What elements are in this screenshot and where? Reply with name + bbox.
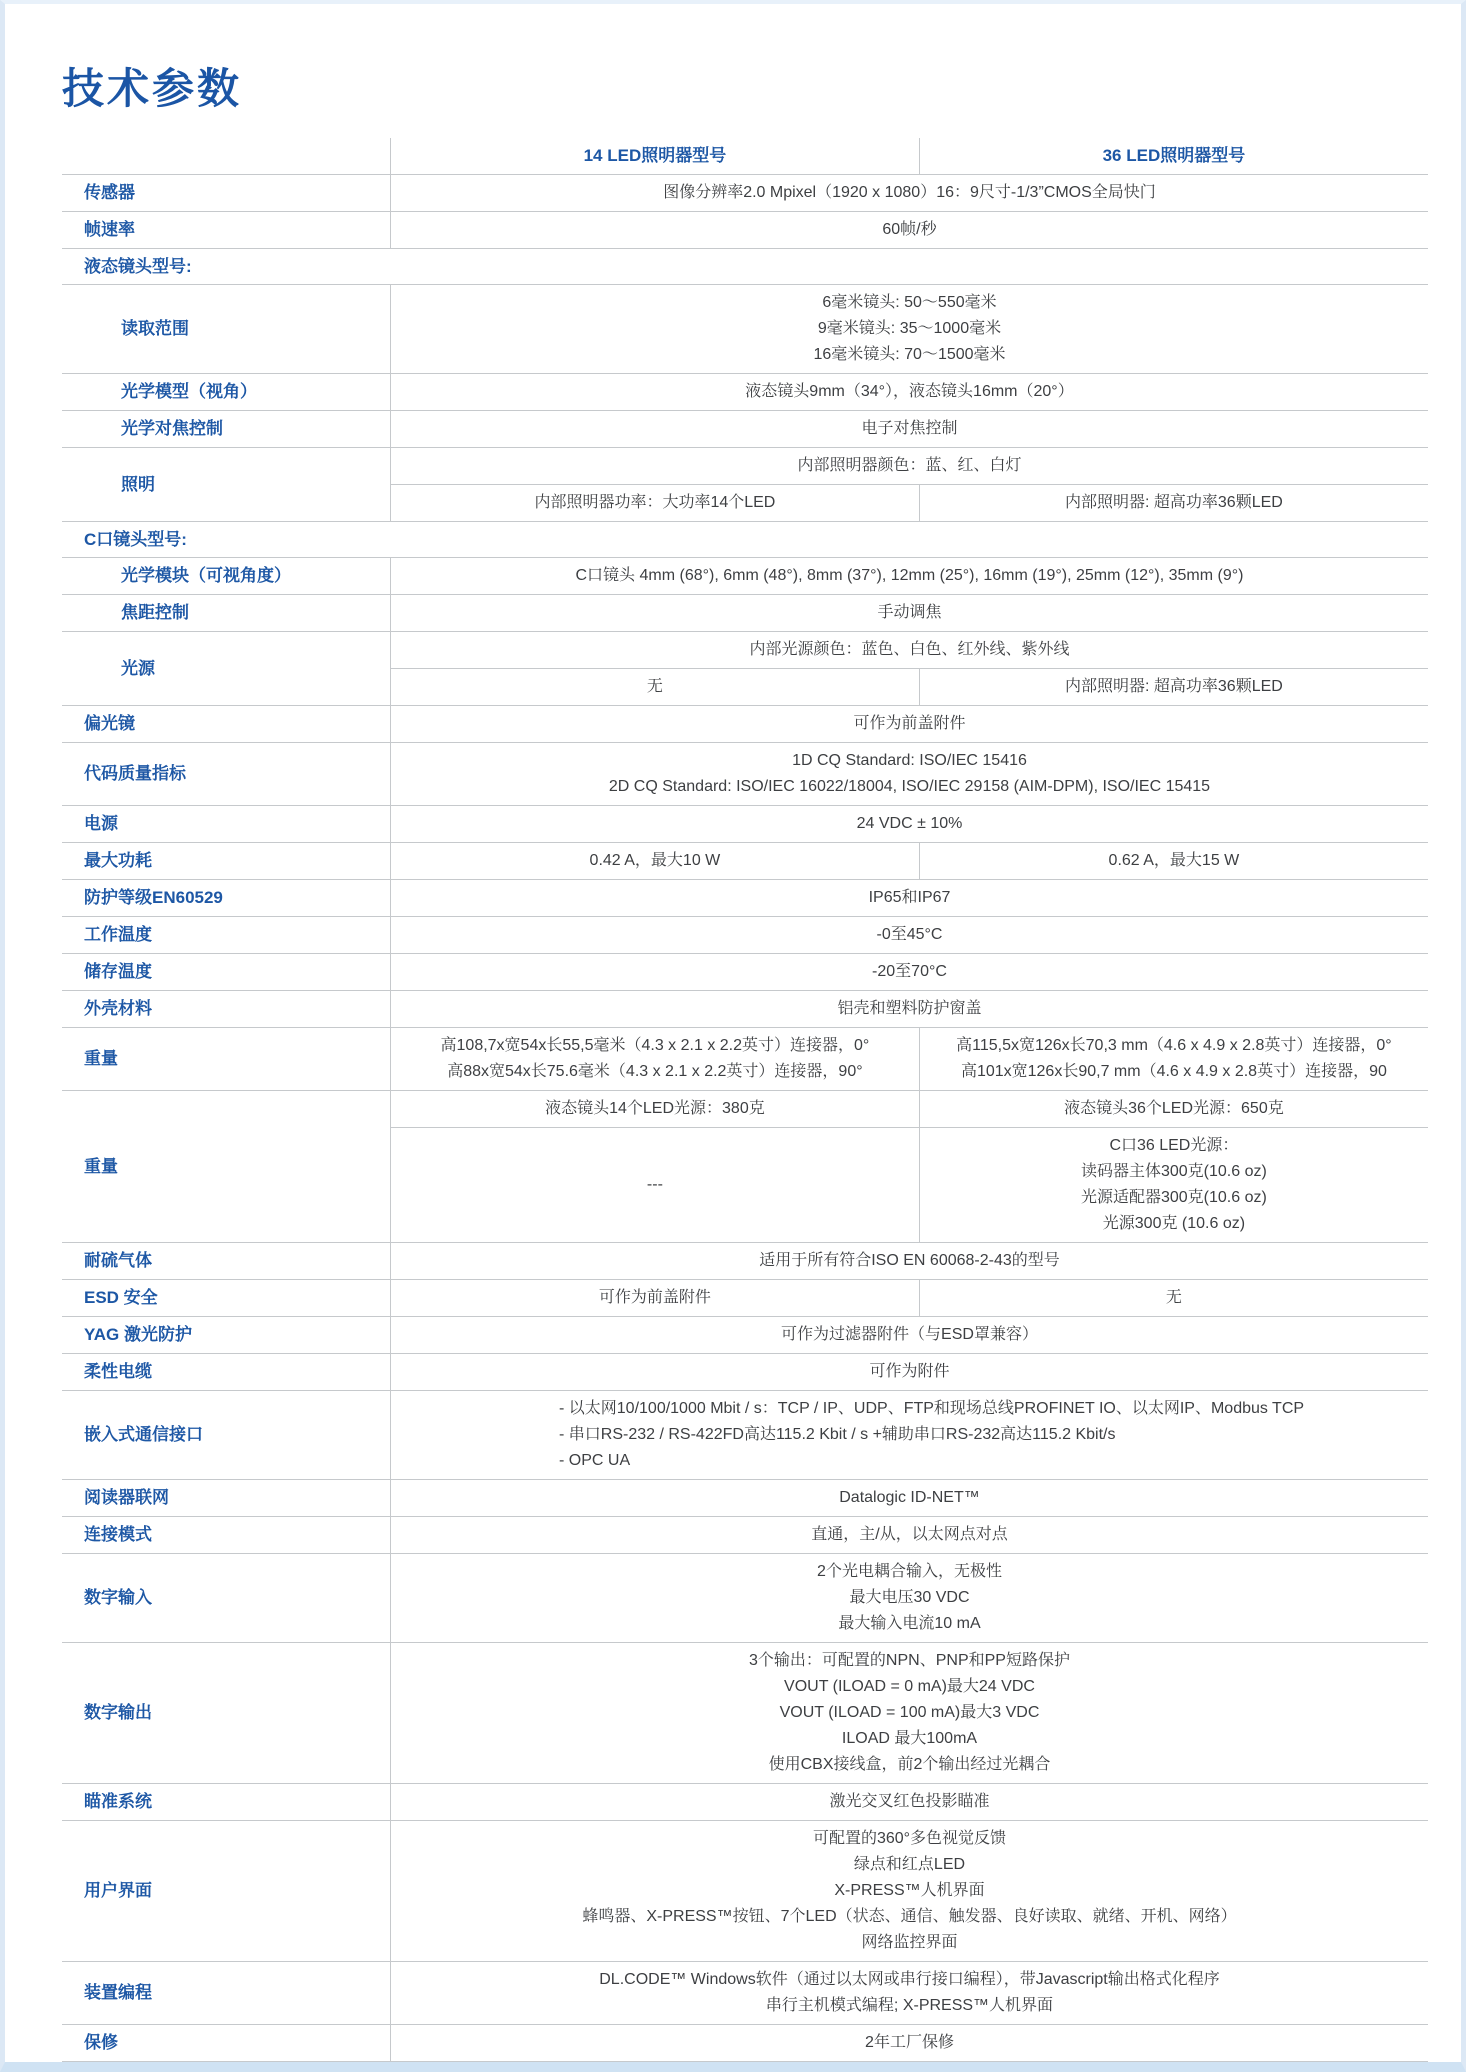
spec-row: 最大功耗0.42 A，最大10 W0.62 A，最大15 W bbox=[62, 843, 1428, 880]
value-subrow: 无内部照明器: 超高功率36颗LED bbox=[391, 668, 1428, 705]
value-line: 无 bbox=[1166, 1285, 1182, 1311]
value-line: 激光交叉红色投影瞄准 bbox=[829, 1789, 989, 1815]
row-label: 帧速率 bbox=[62, 212, 390, 248]
value-subrow: 2个光电耦合输入，无极性最大电压30 VDC最大输入电流10 mA bbox=[391, 1554, 1428, 1642]
value-cell: 1D CQ Standard: ISO/IEC 154162D CQ Stand… bbox=[391, 743, 1428, 805]
spec-row: 工作温度-0至45°C bbox=[62, 917, 1428, 954]
row-label: 防护等级EN60529 bbox=[62, 880, 390, 916]
spec-row: 传感器图像分辨率2.0 Mpixel（1920 x 1080）16：9尺寸-1/… bbox=[62, 175, 1428, 212]
value-subrow: 可作为附件 bbox=[391, 1354, 1428, 1390]
spec-row: 连接模式直通，主/从，以太网点对点 bbox=[62, 1517, 1428, 1554]
row-label: 嵌入式通信接口 bbox=[62, 1391, 390, 1479]
value-line: 可作为前盖附件 bbox=[853, 711, 965, 737]
value-subrow: 液态镜头9mm（34°），液态镜头16mm（20°） bbox=[391, 374, 1428, 410]
spec-row: 防护等级EN60529IP65和IP67 bbox=[62, 880, 1428, 917]
value-line: DL.CODE™ Windows软件（通过以太网或串行接口编程），带Javasc… bbox=[599, 1967, 1220, 1993]
value-line: 16毫米镜头: 70～1500毫米 bbox=[813, 342, 1005, 368]
value-line: 最大输入电流10 mA bbox=[838, 1611, 980, 1637]
value-cell: 可作为前盖附件 bbox=[391, 1280, 919, 1316]
value-cell: 液态镜头9mm（34°），液态镜头16mm（20°） bbox=[391, 374, 1428, 410]
value-line: 高108,7x宽54x长55,5毫米（4.3 x 2.1 x 2.2英寸）连接器… bbox=[441, 1033, 870, 1059]
row-label: YAG 激光防护 bbox=[62, 1317, 390, 1353]
value-subrow: 24 VDC ± 10% bbox=[391, 806, 1428, 842]
spec-row: 阅读器联网Datalogic ID-NET™ bbox=[62, 1480, 1428, 1517]
spec-row: YAG 激光防护可作为过滤器附件（与ESD罩兼容） bbox=[62, 1317, 1428, 1354]
value-subrow: 可作为过滤器附件（与ESD罩兼容） bbox=[391, 1317, 1428, 1353]
value-line: 24 VDC ± 10% bbox=[857, 811, 963, 837]
header-empty-cell bbox=[62, 138, 390, 174]
value-cell: -0至45°C bbox=[391, 917, 1428, 953]
row-label: 连接模式 bbox=[62, 1517, 390, 1553]
value-line: 蜂鸣器、X-PRESS™按钮、7个LED（状态、通信、触发器、良好读取、就绪、开… bbox=[582, 1904, 1236, 1930]
spec-row: 代码质量指标1D CQ Standard: ISO/IEC 154162D CQ… bbox=[62, 743, 1428, 806]
row-label: 储存温度 bbox=[62, 954, 390, 990]
row-label: 装置编程 bbox=[62, 1962, 390, 2024]
value-subrow: DL.CODE™ Windows软件（通过以太网或串行接口编程），带Javasc… bbox=[391, 1962, 1428, 2024]
value-line: 可作为前盖附件 bbox=[599, 1285, 711, 1311]
spec-row: 保修2年工厂保修 bbox=[62, 2025, 1428, 2062]
value-cell: 铝壳和塑料防护窗盖 bbox=[391, 991, 1428, 1027]
row-label: 耐硫气体 bbox=[62, 1243, 390, 1279]
value-subrow: 6毫米镜头: 50～550毫米9毫米镜头: 35～1000毫米16毫米镜头: 7… bbox=[391, 285, 1428, 373]
value-subrow: 内部光源颜色：蓝色、白色、红外线、紫外线 bbox=[391, 632, 1428, 668]
value-subrow: 内部照明器功率：大功率14个LED内部照明器: 超高功率36颗LED bbox=[391, 484, 1428, 521]
value-subrow: 3个输出：可配置的NPN、PNP和PP短路保护VOUT (ILOAD = 0 m… bbox=[391, 1643, 1428, 1783]
value-line: 2个光电耦合输入，无极性 bbox=[817, 1559, 1002, 1585]
value-cell: 可配置的360°多色视觉反馈绿点和红点LEDX-PRESS™人机界面蜂鸣器、X-… bbox=[391, 1821, 1428, 1961]
value-line: 1D CQ Standard: ISO/IEC 15416 bbox=[792, 748, 1027, 774]
row-label: 瞄准系统 bbox=[62, 1784, 390, 1820]
value-line: 读码器主体300克(10.6 oz) bbox=[1081, 1159, 1267, 1185]
value-subrow: 适用于所有符合ISO EN 60068-2-43的型号 bbox=[391, 1243, 1428, 1279]
value-cell: C口镜头 4mm (68°), 6mm (48°), 8mm (37°), 12… bbox=[391, 558, 1428, 594]
value-line: 内部照明器功率：大功率14个LED bbox=[534, 490, 775, 516]
value-subrow: 2年工厂保修 bbox=[391, 2025, 1428, 2061]
row-label: 读取范围 bbox=[62, 285, 390, 373]
spec-row: 光源内部光源颜色：蓝色、白色、红外线、紫外线无内部照明器: 超高功率36颗LED bbox=[62, 632, 1428, 706]
value-line: 网络监控界面 bbox=[861, 1930, 957, 1956]
value-subrow: 铝壳和塑料防护窗盖 bbox=[391, 991, 1428, 1027]
value-line: 高88x宽54x长75.6毫米（4.3 x 2.1 x 2.2英寸）连接器，90… bbox=[447, 1059, 862, 1085]
value-cell: 内部照明器: 超高功率36颗LED bbox=[919, 485, 1428, 521]
value-line: 内部照明器: 超高功率36颗LED bbox=[1065, 490, 1283, 516]
row-label: 传感器 bbox=[62, 175, 390, 211]
spec-row: 偏光镜可作为前盖附件 bbox=[62, 706, 1428, 743]
page-title: 技术参数 bbox=[62, 56, 1461, 116]
row-label: 工作温度 bbox=[62, 917, 390, 953]
value-subrow: 手动调焦 bbox=[391, 595, 1428, 631]
value-subrow: 60帧/秒 bbox=[391, 212, 1428, 248]
row-label: 数字输入 bbox=[62, 1554, 390, 1642]
value-cell: 0.42 A，最大10 W bbox=[391, 843, 919, 879]
value-cell: 无 bbox=[391, 669, 919, 705]
value-line: 高101x宽126x长90,7 mm（4.6 x 4.9 x 2.8英寸）连接器… bbox=[961, 1059, 1387, 1085]
spec-row: 储存温度-20至70°C bbox=[62, 954, 1428, 991]
spec-row: 光学模块（可视角度）C口镜头 4mm (68°), 6mm (48°), 8mm… bbox=[62, 558, 1428, 595]
row-label: 保修 bbox=[62, 2025, 390, 2061]
value-line: 内部照明器颜色：蓝、红、白灯 bbox=[797, 453, 1021, 479]
value-subrow: 可配置的360°多色视觉反馈绿点和红点LEDX-PRESS™人机界面蜂鸣器、X-… bbox=[391, 1821, 1428, 1961]
value-subrow: - 以太网10/100/1000 Mbit / s：TCP / IP、UDP、F… bbox=[391, 1391, 1428, 1479]
value-subrow: 1D CQ Standard: ISO/IEC 154162D CQ Stand… bbox=[391, 743, 1428, 805]
spec-row: 瞄准系统激光交叉红色投影瞄准 bbox=[62, 1784, 1428, 1821]
section-row: 液态镜头型号: bbox=[62, 249, 1428, 285]
spec-row: 光学对焦控制电子对焦控制 bbox=[62, 411, 1428, 448]
spec-row: 照明内部照明器颜色：蓝、红、白灯内部照明器功率：大功率14个LED内部照明器: … bbox=[62, 448, 1428, 522]
spec-row: 耐硫气体适用于所有符合ISO EN 60068-2-43的型号 bbox=[62, 1243, 1428, 1280]
value-subrow: 高108,7x宽54x长55,5毫米（4.3 x 2.1 x 2.2英寸）连接器… bbox=[391, 1028, 1428, 1090]
column-header-14led: 14 LED照明器型号 bbox=[391, 138, 919, 174]
value-cell: 电子对焦控制 bbox=[391, 411, 1428, 447]
spec-row: 装置编程DL.CODE™ Windows软件（通过以太网或串行接口编程），带Ja… bbox=[62, 1962, 1428, 2025]
spec-table: 14 LED照明器型号36 LED照明器型号传感器图像分辨率2.0 Mpixel… bbox=[62, 138, 1428, 2062]
value-line: X-PRESS™人机界面 bbox=[834, 1878, 984, 1904]
value-cell: 液态镜头36个LED光源：650克 bbox=[919, 1091, 1428, 1127]
page: 技术参数 14 LED照明器型号36 LED照明器型号传感器图像分辨率2.0 M… bbox=[0, 0, 1466, 2072]
row-label: 数字输出 bbox=[62, 1643, 390, 1783]
value-cell: 2个光电耦合输入，无极性最大电压30 VDC最大输入电流10 mA bbox=[391, 1554, 1428, 1642]
spec-row: 用户界面可配置的360°多色视觉反馈绿点和红点LEDX-PRESS™人机界面蜂鸣… bbox=[62, 1821, 1428, 1962]
value-line: 36 LED照明器型号 bbox=[1103, 143, 1246, 169]
value-cell: 2年工厂保修 bbox=[391, 2025, 1428, 2061]
value-cell: 无 bbox=[919, 1280, 1428, 1316]
spec-row: 读取范围6毫米镜头: 50～550毫米9毫米镜头: 35～1000毫米16毫米镜… bbox=[62, 285, 1428, 374]
value-cell: 直通，主/从，以太网点对点 bbox=[391, 1517, 1428, 1553]
value-line: 电子对焦控制 bbox=[861, 416, 957, 442]
value-line: VOUT (ILOAD = 0 mA)最大24 VDC bbox=[784, 1674, 1035, 1700]
value-line: 绿点和红点LED bbox=[854, 1852, 965, 1878]
value-subrow: 可作为前盖附件 bbox=[391, 706, 1428, 742]
value-line: 0.42 A，最大10 W bbox=[590, 848, 721, 874]
value-cell: 激光交叉红色投影瞄准 bbox=[391, 1784, 1428, 1820]
value-line: 光源适配器300克(10.6 oz) bbox=[1081, 1185, 1267, 1211]
row-label: 重量 bbox=[62, 1091, 390, 1242]
value-line: 6毫米镜头: 50～550毫米 bbox=[822, 290, 996, 316]
value-subrow: Datalogic ID-NET™ bbox=[391, 1480, 1428, 1516]
row-label: 光学模块（可视角度） bbox=[62, 558, 390, 594]
value-line: 手动调焦 bbox=[877, 600, 941, 626]
value-line: 2年工厂保修 bbox=[865, 2030, 954, 2056]
row-label: 光学对焦控制 bbox=[62, 411, 390, 447]
value-line: -0至45°C bbox=[877, 922, 943, 948]
value-cell: C口36 LED光源：读码器主体300克(10.6 oz)光源适配器300克(1… bbox=[919, 1128, 1428, 1242]
value-cell: 适用于所有符合ISO EN 60068-2-43的型号 bbox=[391, 1243, 1428, 1279]
spec-row: 重量液态镜头14个LED光源：380克液态镜头36个LED光源：650克---C… bbox=[62, 1091, 1428, 1243]
value-line: C口36 LED光源： bbox=[1109, 1133, 1238, 1159]
value-cell: Datalogic ID-NET™ bbox=[391, 1480, 1428, 1516]
value-line: IP65和IP67 bbox=[869, 885, 951, 911]
spec-row: 光学模型（视角）液态镜头9mm（34°），液态镜头16mm（20°） bbox=[62, 374, 1428, 411]
value-cell: 6毫米镜头: 50～550毫米9毫米镜头: 35～1000毫米16毫米镜头: 7… bbox=[391, 285, 1428, 373]
value-line: 适用于所有符合ISO EN 60068-2-43的型号 bbox=[759, 1248, 1060, 1274]
value-line: 图像分辨率2.0 Mpixel（1920 x 1080）16：9尺寸-1/3”C… bbox=[663, 180, 1156, 206]
value-line: 液态镜头36个LED光源：650克 bbox=[1064, 1096, 1284, 1122]
row-label: 最大功耗 bbox=[62, 843, 390, 879]
spec-row: 电源24 VDC ± 10% bbox=[62, 806, 1428, 843]
row-label: C口镜头型号: bbox=[62, 522, 1428, 557]
spec-row: 数字输出3个输出：可配置的NPN、PNP和PP短路保护VOUT (ILOAD =… bbox=[62, 1643, 1428, 1784]
value-line: -20至70°C bbox=[872, 959, 947, 985]
row-label: 代码质量指标 bbox=[62, 743, 390, 805]
value-line: ILOAD 最大100mA bbox=[842, 1726, 977, 1752]
value-line: 60帧/秒 bbox=[882, 217, 936, 243]
value-cell: 可作为附件 bbox=[391, 1354, 1428, 1390]
spec-row: ESD 安全可作为前盖附件无 bbox=[62, 1280, 1428, 1317]
spec-row: 嵌入式通信接口- 以太网10/100/1000 Mbit / s：TCP / I… bbox=[62, 1391, 1428, 1480]
value-line: VOUT (ILOAD = 100 mA)最大3 VDC bbox=[780, 1700, 1040, 1726]
value-subrow: 图像分辨率2.0 Mpixel（1920 x 1080）16：9尺寸-1/3”C… bbox=[391, 175, 1428, 211]
value-line: 2D CQ Standard: ISO/IEC 16022/18004, ISO… bbox=[609, 774, 1210, 800]
row-label: 光源 bbox=[62, 632, 390, 705]
value-cell: 60帧/秒 bbox=[391, 212, 1428, 248]
value-subrow: 电子对焦控制 bbox=[391, 411, 1428, 447]
value-cell: 液态镜头14个LED光源：380克 bbox=[391, 1091, 919, 1127]
value-subrow: C口镜头 4mm (68°), 6mm (48°), 8mm (37°), 12… bbox=[391, 558, 1428, 594]
value-cell: 可作为过滤器附件（与ESD罩兼容） bbox=[391, 1317, 1428, 1353]
value-line: 可配置的360°多色视觉反馈 bbox=[813, 1826, 1006, 1852]
row-label: 焦距控制 bbox=[62, 595, 390, 631]
section-row: C口镜头型号: bbox=[62, 522, 1428, 558]
value-line: 3个输出：可配置的NPN、PNP和PP短路保护 bbox=[749, 1648, 1070, 1674]
row-label: 照明 bbox=[62, 448, 390, 521]
value-line: 液态镜头14个LED光源：380克 bbox=[545, 1096, 765, 1122]
value-line: 直通，主/从，以太网点对点 bbox=[811, 1522, 1007, 1548]
value-cell: 图像分辨率2.0 Mpixel（1920 x 1080）16：9尺寸-1/3”C… bbox=[391, 175, 1428, 211]
value-cell: 内部照明器: 超高功率36颗LED bbox=[919, 669, 1428, 705]
value-cell: 高115,5x宽126x长70,3 mm（4.6 x 4.9 x 2.8英寸）连… bbox=[919, 1028, 1428, 1090]
value-line: Datalogic ID-NET™ bbox=[839, 1485, 979, 1511]
value-line: 串行主机模式编程; X-PRESS™人机界面 bbox=[766, 1993, 1053, 2019]
value-cell: -20至70°C bbox=[391, 954, 1428, 990]
value-subrow: -20至70°C bbox=[391, 954, 1428, 990]
value-subrow: IP65和IP67 bbox=[391, 880, 1428, 916]
value-line: 内部照明器: 超高功率36颗LED bbox=[1065, 674, 1283, 700]
spec-row: 重量高108,7x宽54x长55,5毫米（4.3 x 2.1 x 2.2英寸）连… bbox=[62, 1028, 1428, 1091]
value-line: 高115,5x宽126x长70,3 mm（4.6 x 4.9 x 2.8英寸）连… bbox=[956, 1033, 1392, 1059]
spec-row: 数字输入2个光电耦合输入，无极性最大电压30 VDC最大输入电流10 mA bbox=[62, 1554, 1428, 1643]
row-label: 阅读器联网 bbox=[62, 1480, 390, 1516]
value-line: 内部光源颜色：蓝色、白色、红外线、紫外线 bbox=[749, 637, 1069, 663]
header-row: 14 LED照明器型号36 LED照明器型号 bbox=[62, 138, 1428, 175]
value-line: 无 bbox=[647, 674, 663, 700]
value-cell: IP65和IP67 bbox=[391, 880, 1428, 916]
value-cell: DL.CODE™ Windows软件（通过以太网或串行接口编程），带Javasc… bbox=[391, 1962, 1428, 2024]
value-line: 液态镜头9mm（34°），液态镜头16mm（20°） bbox=[745, 379, 1073, 405]
value-cell: - 以太网10/100/1000 Mbit / s：TCP / IP、UDP、F… bbox=[391, 1391, 1428, 1479]
spec-row: 外壳材料铝壳和塑料防护窗盖 bbox=[62, 991, 1428, 1028]
value-line: 14 LED照明器型号 bbox=[584, 143, 727, 169]
value-line: 铝壳和塑料防护窗盖 bbox=[837, 996, 981, 1022]
value-cell: 可作为前盖附件 bbox=[391, 706, 1428, 742]
value-cell: 3个输出：可配置的NPN、PNP和PP短路保护VOUT (ILOAD = 0 m… bbox=[391, 1643, 1428, 1783]
value-line: 可作为附件 bbox=[869, 1359, 949, 1385]
row-label: 光学模型（视角） bbox=[62, 374, 390, 410]
value-line: 使用CBX接线盒，前2个输出经过光耦合 bbox=[769, 1752, 1051, 1778]
value-subrow: 0.42 A，最大10 W0.62 A，最大15 W bbox=[391, 843, 1428, 879]
value-line: 可作为过滤器附件（与ESD罩兼容） bbox=[781, 1322, 1038, 1348]
value-cell: 0.62 A，最大15 W bbox=[919, 843, 1428, 879]
value-subrow: 激光交叉红色投影瞄准 bbox=[391, 1784, 1428, 1820]
value-subrow: 液态镜头14个LED光源：380克液态镜头36个LED光源：650克 bbox=[391, 1091, 1428, 1127]
row-label: 外壳材料 bbox=[62, 991, 390, 1027]
row-label: ESD 安全 bbox=[62, 1280, 390, 1316]
value-cell: 手动调焦 bbox=[391, 595, 1428, 631]
row-label: 液态镜头型号: bbox=[62, 249, 1428, 284]
value-line: - OPC UA bbox=[559, 1448, 630, 1474]
value-line: 0.62 A，最大15 W bbox=[1109, 848, 1240, 874]
value-subrow: 可作为前盖附件无 bbox=[391, 1280, 1428, 1316]
value-subrow: ---C口36 LED光源：读码器主体300克(10.6 oz)光源适配器300… bbox=[391, 1127, 1428, 1242]
row-label: 偏光镜 bbox=[62, 706, 390, 742]
column-header-36led: 36 LED照明器型号 bbox=[919, 138, 1428, 174]
row-label: 重量 bbox=[62, 1028, 390, 1090]
value-cell: 高108,7x宽54x长55,5毫米（4.3 x 2.1 x 2.2英寸）连接器… bbox=[391, 1028, 919, 1090]
value-cell: 内部照明器功率：大功率14个LED bbox=[391, 485, 919, 521]
row-label: 用户界面 bbox=[62, 1821, 390, 1961]
value-line: C口镜头 4mm (68°), 6mm (48°), 8mm (37°), 12… bbox=[575, 563, 1243, 589]
value-cell: 内部照明器颜色：蓝、红、白灯 bbox=[391, 448, 1428, 484]
row-label: 电源 bbox=[62, 806, 390, 842]
value-cell: 24 VDC ± 10% bbox=[391, 806, 1428, 842]
spec-row: 帧速率60帧/秒 bbox=[62, 212, 1428, 249]
value-line: 9毫米镜头: 35～1000毫米 bbox=[818, 316, 1001, 342]
spec-row: 焦距控制手动调焦 bbox=[62, 595, 1428, 632]
value-line: 光源300克 (10.6 oz) bbox=[1103, 1211, 1245, 1237]
value-cell: --- bbox=[391, 1128, 919, 1242]
value-line: --- bbox=[647, 1172, 663, 1198]
value-subrow: 内部照明器颜色：蓝、红、白灯 bbox=[391, 448, 1428, 484]
spec-row: 柔性电缆可作为附件 bbox=[62, 1354, 1428, 1391]
value-line: - 以太网10/100/1000 Mbit / s：TCP / IP、UDP、F… bbox=[559, 1396, 1304, 1422]
value-subrow: -0至45°C bbox=[391, 917, 1428, 953]
value-cell: 内部光源颜色：蓝色、白色、红外线、紫外线 bbox=[391, 632, 1428, 668]
value-line: 最大电压30 VDC bbox=[849, 1585, 969, 1611]
value-subrow: 直通，主/从，以太网点对点 bbox=[391, 1517, 1428, 1553]
row-label: 柔性电缆 bbox=[62, 1354, 390, 1390]
value-line: - 串口RS-232 / RS-422FD高达115.2 Kbit / s +辅… bbox=[559, 1422, 1116, 1448]
